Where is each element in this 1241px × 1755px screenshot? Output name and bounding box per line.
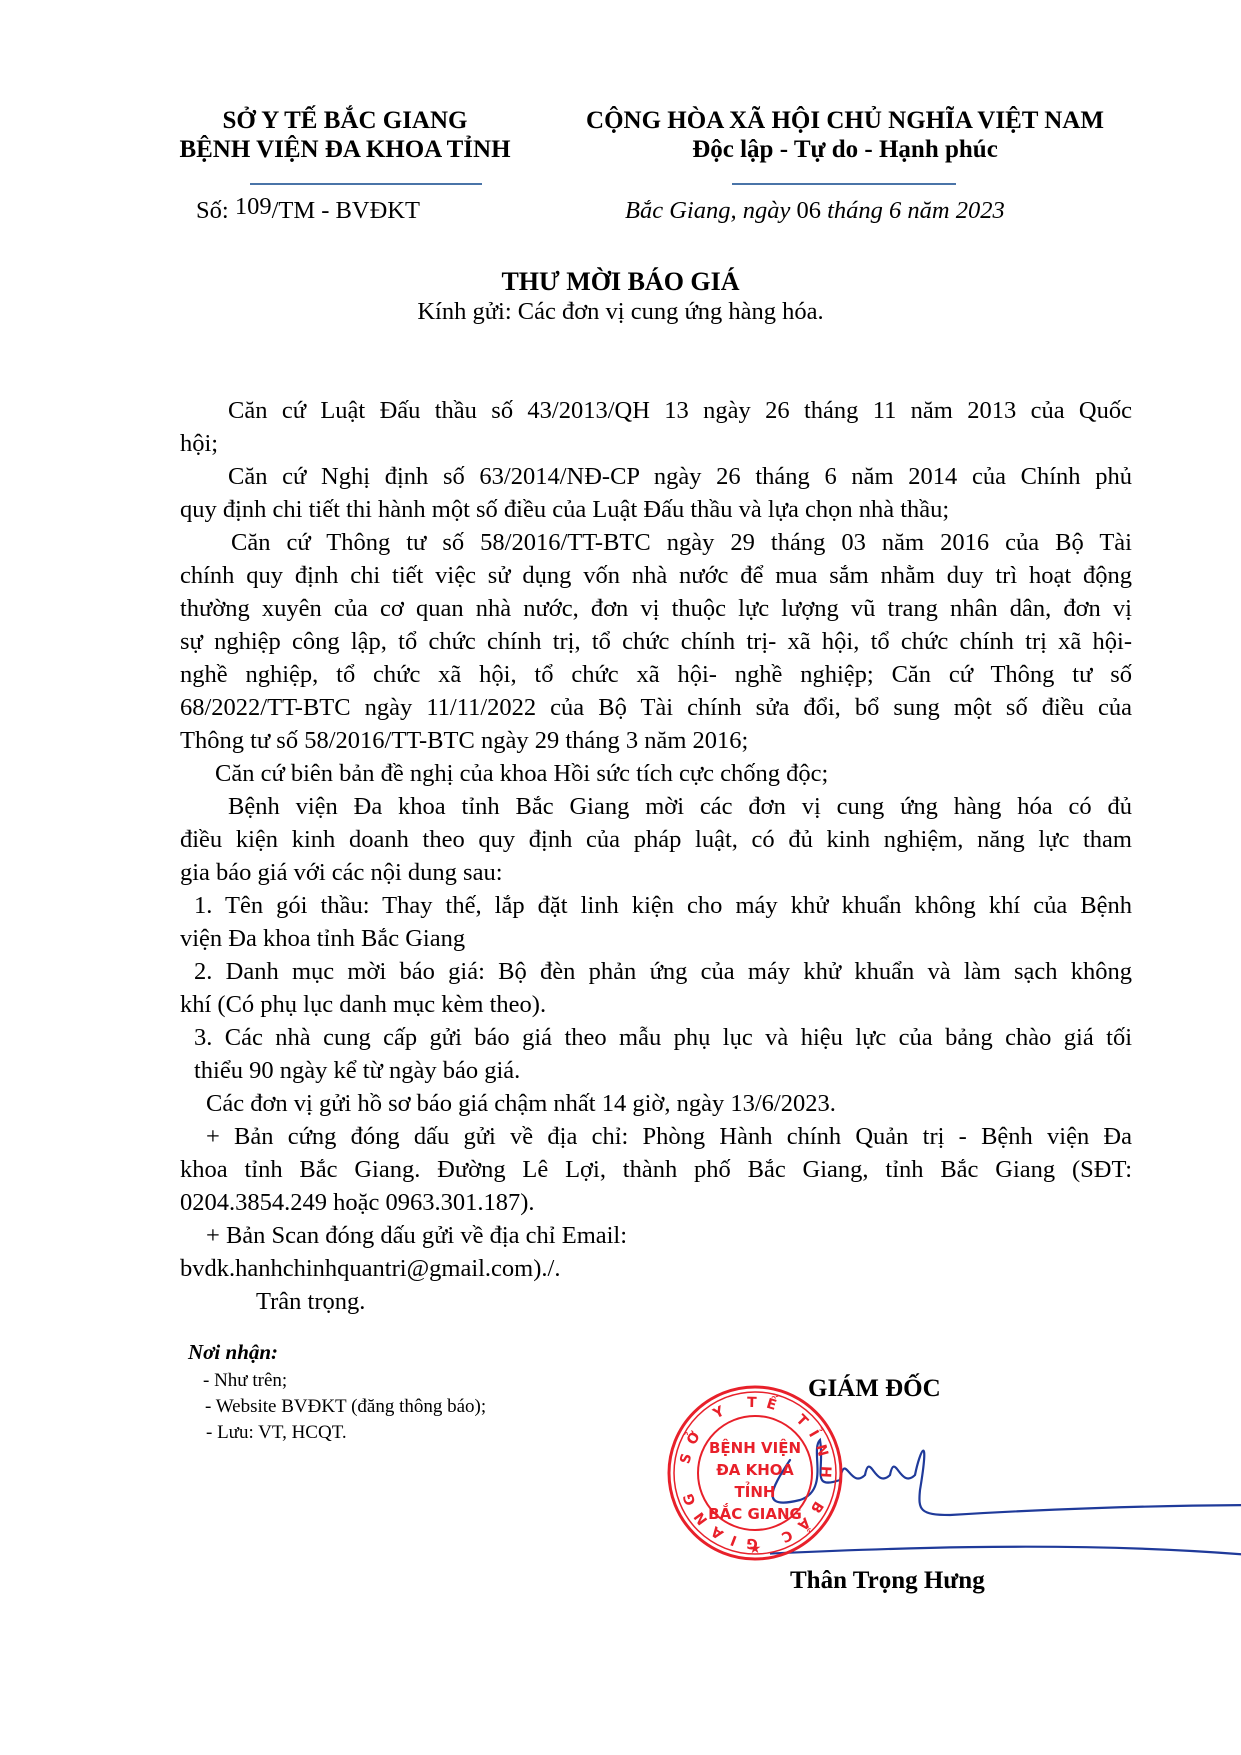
- date-rest: tháng 6 năm 2023: [827, 197, 1005, 224]
- list-item: viện Đa khoa tỉnh Bắc Giang: [180, 922, 1132, 955]
- body-line: nghề nghiệp, tổ chức xã hội, tổ chức xã …: [180, 658, 1132, 691]
- body-line: Căn cứ Thông tư số 58/2016/TT-BTC ngày 2…: [231, 526, 1132, 559]
- body-line: điều kiện kinh doanh theo quy định của p…: [180, 823, 1132, 856]
- body-line: Căn cứ Luật Đấu thầu số 43/2013/QH 13 ng…: [228, 394, 1132, 427]
- body-line: hội;: [180, 427, 1132, 460]
- body-line: Các đơn vị gửi hồ sơ báo giá chậm nhất 1…: [206, 1087, 1158, 1120]
- date-place: Bắc Giang, ngày: [625, 197, 790, 224]
- recipients-heading: Nơi nhận:: [188, 1338, 278, 1366]
- body-line: sự nghiệp công lập, tổ chức chính trị, t…: [180, 625, 1132, 658]
- closing: Trân trọng.: [256, 1285, 1208, 1318]
- list-item: thiểu 90 ngày kể từ ngày báo giá.: [194, 1054, 1146, 1087]
- body-line: + Bản Scan đóng dấu gửi về địa chỉ Email…: [206, 1219, 1158, 1252]
- list-item: 1. Tên gói thầu: Thay thế, lắp đặt linh …: [194, 889, 1132, 922]
- motto: Độc lập - Tự do - Hạnh phúc: [560, 135, 1130, 164]
- document-date: Bắc Giang, ngày 06 tháng 6 năm 2023: [625, 196, 1005, 226]
- svg-text:TỈNH: TỈNH: [735, 1480, 776, 1501]
- hospital-name: BỆNH VIỆN ĐA KHOA TỈNH: [140, 135, 550, 164]
- header-left-underline: [250, 183, 482, 185]
- official-seal-icon: SỞ Y TẾ TỈNH BẮC GIANG BỆNH VIỆN ĐA KHOA…: [665, 1383, 845, 1563]
- body-line: + Bản cứng đóng dấu gửi về địa chỉ: Phòn…: [206, 1120, 1132, 1153]
- doc-number-suffix: /TM - BVĐKT: [272, 197, 420, 224]
- country-name: CỘNG HÒA XÃ HỘI CHỦ NGHĨA VIỆT NAM: [560, 106, 1130, 135]
- svg-text:BỆNH VIỆN: BỆNH VIỆN: [709, 1437, 801, 1457]
- body-line: gia báo giá với các nội dung sau:: [180, 856, 1132, 889]
- email-line: bvdk.hanhchinhquantri@gmail.com)./.: [180, 1252, 1132, 1285]
- recipient-item: - Như trên;: [203, 1368, 287, 1394]
- recipient-item: - Website BVĐKT (đăng thông báo);: [205, 1394, 486, 1420]
- body-line: quy định chi tiết thi hành một số điều c…: [180, 493, 1132, 526]
- body-line: Căn cứ biên bản đề nghị của khoa Hồi sức…: [215, 757, 1167, 790]
- svg-text:ĐA KHOA: ĐA KHOA: [716, 1461, 794, 1479]
- salutation: Kính gửi: Các đơn vị cung ứng hàng hóa.: [0, 296, 1241, 328]
- body-line: 0204.3854.249 hoặc 0963.301.187).: [180, 1186, 1132, 1219]
- body-line: Bệnh viện Đa khoa tỉnh Bắc Giang mời các…: [228, 790, 1132, 823]
- body-line: Căn cứ Nghị định số 63/2014/NĐ-CP ngày 2…: [228, 460, 1132, 493]
- list-item: 2. Danh mục mời báo giá: Bộ đèn phản ứng…: [194, 955, 1132, 988]
- doc-number-prefix: Số:: [196, 197, 229, 224]
- list-item: 3. Các nhà cung cấp gửi báo giá theo mẫu…: [194, 1021, 1132, 1054]
- recipient-item: - Lưu: VT, HCQT.: [206, 1420, 347, 1446]
- agency-name: SỞ Y TẾ BẮC GIANG: [160, 106, 530, 135]
- signer-name: Thân Trọng Hưng: [790, 1566, 985, 1596]
- body-line: thường xuyên của cơ quan nhà nước, đơn v…: [180, 592, 1132, 625]
- body-line: chính quy định chi tiết việc sử dụng vốn…: [180, 559, 1132, 592]
- doc-number-value: 109: [235, 193, 272, 220]
- document-title: THƯ MỜI BÁO GIÁ: [0, 266, 1241, 298]
- document-number: Số: 109/TM - BVĐKT: [196, 196, 420, 226]
- svg-text:BẮC GIANG: BẮC GIANG: [708, 1502, 802, 1523]
- body-line: khoa tỉnh Bắc Giang. Đường Lê Lợi, thành…: [180, 1153, 1132, 1186]
- date-day: 06: [796, 197, 821, 224]
- body-line: 68/2022/TT-BTC ngày 11/11/2022 của Bộ Tà…: [180, 691, 1132, 724]
- header-right-underline: [732, 183, 956, 185]
- svg-text:★: ★: [749, 1541, 762, 1557]
- list-item: khí (Có phụ lục danh mục kèm theo).: [180, 988, 1132, 1021]
- body-line: Thông tư số 58/2016/TT-BTC ngày 29 tháng…: [180, 724, 1132, 757]
